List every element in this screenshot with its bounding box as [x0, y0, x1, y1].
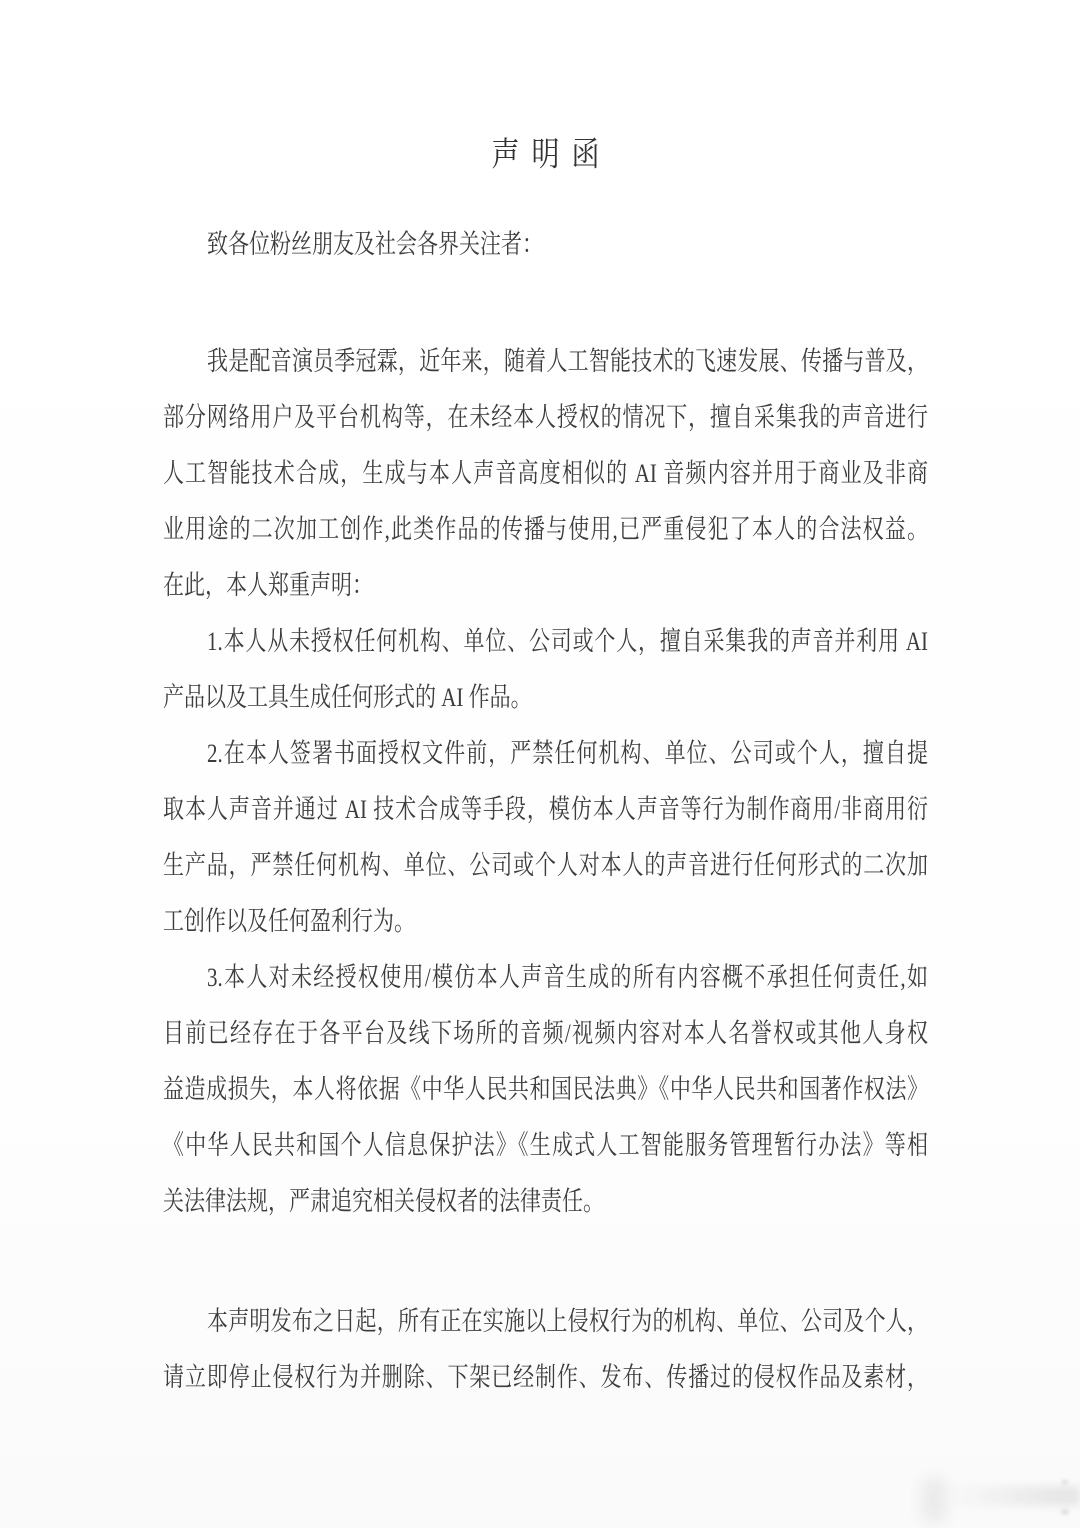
salutation-line: 致各位粉丝朋友及社会各界关注者：	[163, 208, 928, 280]
document-page: 声明函 致各位粉丝朋友及社会各界关注者： 我是配音演员季冠霖，近年来，随着人工智…	[0, 0, 1080, 1528]
scan-artifact-marks	[1055, 1472, 1075, 1524]
item3-line-5: 关法律法规，严肃追究相关侵权者的法律责任。	[163, 1165, 928, 1237]
paragraph-item-1: 1.本人从未授权任何机构、单位、公司或个人，擅自采集我的声音并利用 AI 产品以…	[163, 613, 928, 725]
paragraph-item-3: 3.本人对未经授权使用/模仿本人声音生成的所有内容概不承担任何责任,如 目前已经…	[163, 949, 928, 1229]
paragraph-intro: 我是配音演员季冠霖，近年来，随着人工智能技术的飞速发展、传播与普及， 部分网络用…	[163, 333, 928, 613]
document-content: 声明函 致各位粉丝朋友及社会各界关注者： 我是配音演员季冠霖，近年来，随着人工智…	[0, 0, 1080, 1405]
document-title: 声明函	[163, 122, 928, 189]
paragraph-item-2: 2.在本人签署书面授权文件前，严禁任何机构、单位、公司或个人，擅自提 取本人声音…	[163, 725, 928, 949]
paragraph-closing: 本声明发布之日起，所有正在实施以上侵权行为的机构、单位、公司及个人， 请立即停止…	[163, 1293, 928, 1405]
closing-line-2: 请立即停止侵权行为并删除、下架已经制作、发布、传播过的侵权作品及素材，	[163, 1341, 928, 1413]
